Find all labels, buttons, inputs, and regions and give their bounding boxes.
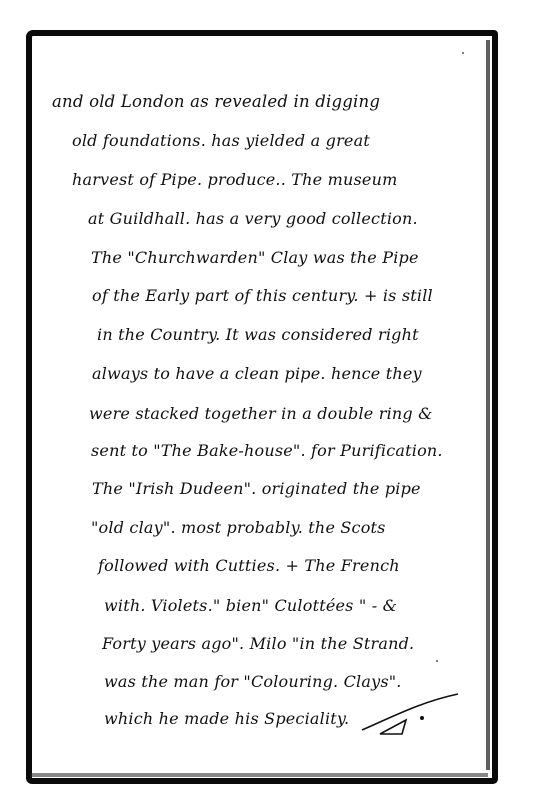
manuscript-line: of the Early part of this century. + is …: [92, 286, 433, 305]
manuscript-line: were stacked together in a double ring &: [89, 404, 433, 423]
scan-speck: [436, 660, 438, 662]
manuscript-line: which he made his Speciality.: [104, 709, 349, 728]
manuscript-line: harvest of Pipe. produce.. The museum: [72, 170, 397, 189]
manuscript-line: with. Violets." bien" Culottées " - &: [104, 596, 397, 615]
manuscript-line: The "Churchwarden" Clay was the Pipe: [91, 248, 419, 267]
manuscript-line: in the Country. It was considered right: [97, 325, 419, 344]
manuscript-line: at Guildhall. has a very good collection…: [88, 209, 418, 228]
manuscript-line: sent to "The Bake-house". for Purificati…: [91, 441, 443, 460]
manuscript-text: and old London as revealed in digging ol…: [0, 0, 550, 808]
scan-speck: [462, 52, 464, 54]
manuscript-line: Forty years ago". Milo "in the Strand.: [102, 634, 414, 653]
manuscript-line: old foundations. has yielded a great: [72, 131, 370, 150]
manuscript-line: was the man for "Colouring. Clays".: [104, 672, 402, 691]
signature-flourish-icon: [360, 690, 460, 738]
manuscript-line: "old clay". most probably. the Scots: [91, 518, 386, 537]
manuscript-line: followed with Cutties. + The French: [98, 556, 400, 575]
manuscript-line: The "Irish Dudeen". originated the pipe: [92, 479, 421, 498]
manuscript-line: and old London as revealed in digging: [52, 92, 380, 111]
manuscript-line: always to have a clean pipe. hence they: [92, 364, 422, 383]
